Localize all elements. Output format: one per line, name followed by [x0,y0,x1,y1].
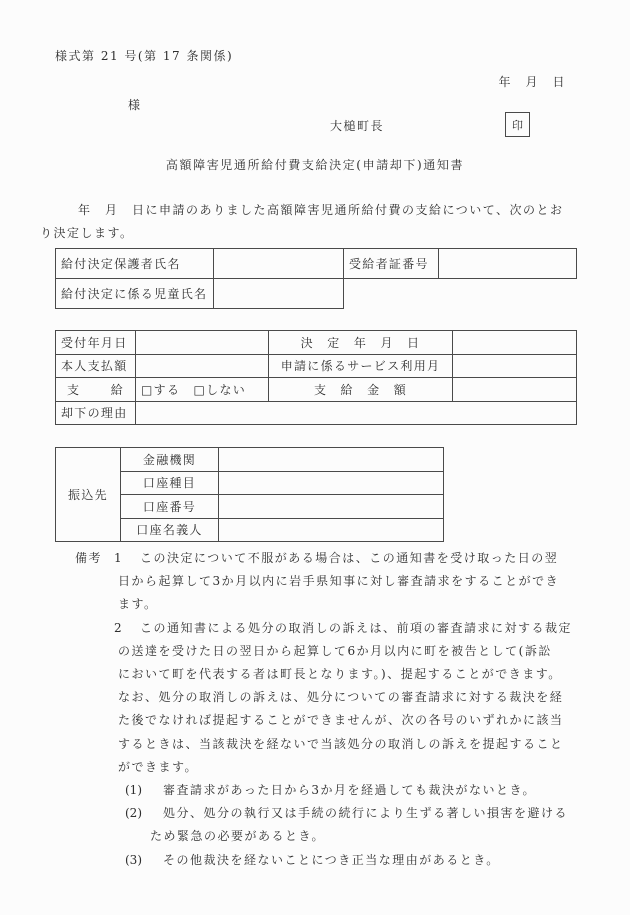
remarks-subitem-3: (3)その他裁決を経ないことにつき正当な理由があるとき。 [125,849,605,872]
item-number: 2 [114,617,140,640]
issuer-name: 大槌町長 [330,117,384,134]
account-type-value [219,471,444,495]
subitem-number: (2) [125,802,163,825]
remarks-text: なお、処分の取消しの訴えは、処分についての審査請求に対する裁決を経 [118,686,605,709]
child-name-label: 給付決定に係る児童氏名 [56,279,214,309]
remarks-text: その他裁決を経ないことにつき正当な理由があるとき。 [163,853,500,867]
remarks-item-1: 1この決定について不服がある場合は、この通知書を受け取った日の翌 日から起算して… [114,547,605,617]
decision-date-label: 決 定 年 月 日 [269,331,453,355]
form-number: 様式第 21 号(第 17 条関係) [55,47,233,64]
rejection-reason-label: 却下の理由 [56,401,136,425]
payment-label: 支 給 [56,378,136,402]
remarks-text: た後でなければ提起することができませんが、次の各号のいずれかに該当 [118,709,605,732]
table-row: 給付決定に係る児童氏名 [56,279,577,309]
remarks-subitem-1: (1)審査請求があった日から3か月を経過しても裁決がないとき。 [125,779,605,802]
seal-mark-icon: 印 [512,117,523,133]
beneficiary-table: 給付決定保護者氏名 受給者証番号 給付決定に係る児童氏名 [55,248,577,309]
table-row: 振込先 金融機関 [56,448,444,472]
payment-label-right: 給 [111,381,124,398]
certificate-number-label: 受給者証番号 [344,249,439,279]
decision-table: 受付年月日 決 定 年 月 日 本人支払額 申請に係るサービス利用月 支 給 □… [55,330,577,425]
item-number: 1 [114,547,140,570]
decision-date-value [453,331,577,355]
table-row: 受付年月日 決 定 年 月 日 [56,331,577,355]
document-page: 様式第 21 号(第 17 条関係) 年 月 日 様 大槌町長 印 高額障害児通… [0,0,630,915]
subitem-number: (3) [125,849,163,872]
empty-region [344,279,577,309]
remarks-text: において町を代表する者は町長となります。)、提起することができます。 [118,663,605,686]
remarks-section: 備考 1この決定について不服がある場合は、この通知書を受け取った日の翌 日から起… [75,547,605,872]
service-month-label: 申請に係るサービス利用月 [269,354,453,378]
remarks-label: 備考 [75,547,102,570]
remarks-text: の送達を受けた日の翌日から起算して6か月以内に町を被告として(訴訟 [118,640,605,663]
table-row: 支 給 □する □しない 支 給 金 額 [56,378,577,402]
table-row: 却下の理由 [56,401,577,425]
account-number-value [219,495,444,519]
addressee-suffix: 様 [128,96,142,113]
remarks-text: ができます。 [118,756,605,779]
remarks-item-2: 2この通知書による処分の取消しの訴えは、前項の審査請求に対する裁定 の送達を受け… [114,617,605,779]
payment-label-left: 支 [67,381,80,398]
remarks-subitem-2: (2)処分、処分の執行又は手続の続行により生ずる著しい損害を避ける ため緊急の必… [125,802,605,848]
account-holder-value [219,518,444,542]
remarks-text: 日から起算して3か月以内に岩手県知事に対し審査請求をすることができ [118,570,605,593]
table-row: 本人支払額 申請に係るサービス利用月 [56,354,577,378]
payment-amount-label: 支 給 金 額 [269,378,453,402]
bank-label: 金融機関 [121,448,219,472]
account-type-label: 口座種目 [121,471,219,495]
intro-paragraph: 年 月 日に申請のありました高額障害児通所給付費の支給について、次のとお り決定… [40,199,600,244]
remarks-text: 処分、処分の執行又は手続の続行により生ずる著しい損害を避ける [163,806,568,820]
self-pay-label: 本人支払額 [56,354,136,378]
rejection-reason-value [136,401,577,425]
subitem-number: (1) [125,779,163,802]
remarks-text: この通知書による処分の取消しの訴えは、前項の審査請求に対する裁定 [140,621,572,635]
remarks-text: ます。 [118,593,605,616]
transfer-destination-label: 振込先 [56,448,121,542]
guardian-name-label: 給付決定保護者氏名 [56,249,214,279]
remarks-text: この決定について不服がある場合は、この通知書を受け取った日の翌 [140,551,558,565]
transfer-table: 振込先 金融機関 口座種目 口座番号 口座名義人 [55,447,444,542]
intro-line-1: 年 月 日に申請のありました高額障害児通所給付費の支給について、次のとお [40,199,600,222]
bank-value [219,448,444,472]
reception-date-label: 受付年月日 [56,331,136,355]
reception-date-value [136,331,269,355]
seal-box: 印 [505,112,530,137]
guardian-name-value [214,249,344,279]
certificate-number-value [439,249,577,279]
payment-checkboxes: □する □しない [136,378,269,402]
account-number-label: 口座番号 [121,495,219,519]
table-row: 給付決定保護者氏名 受給者証番号 [56,249,577,279]
child-name-value [214,279,344,309]
service-month-value [453,354,577,378]
document-title: 高額障害児通所給付費支給決定(申請却下)通知書 [0,156,630,173]
self-pay-value [136,354,269,378]
account-holder-label: 口座名義人 [121,518,219,542]
payment-amount-value [453,378,577,402]
remarks-text: 審査請求があった日から3か月を経過しても裁決がないとき。 [163,783,536,797]
remarks-text: するときは、当該裁決を経ないで当該処分の取消しの訴えを提起すること [118,733,605,756]
intro-line-2: り決定します。 [40,222,600,245]
issue-date: 年 月 日 [0,73,630,90]
remarks-text: ため緊急の必要があるとき。 [150,825,605,848]
